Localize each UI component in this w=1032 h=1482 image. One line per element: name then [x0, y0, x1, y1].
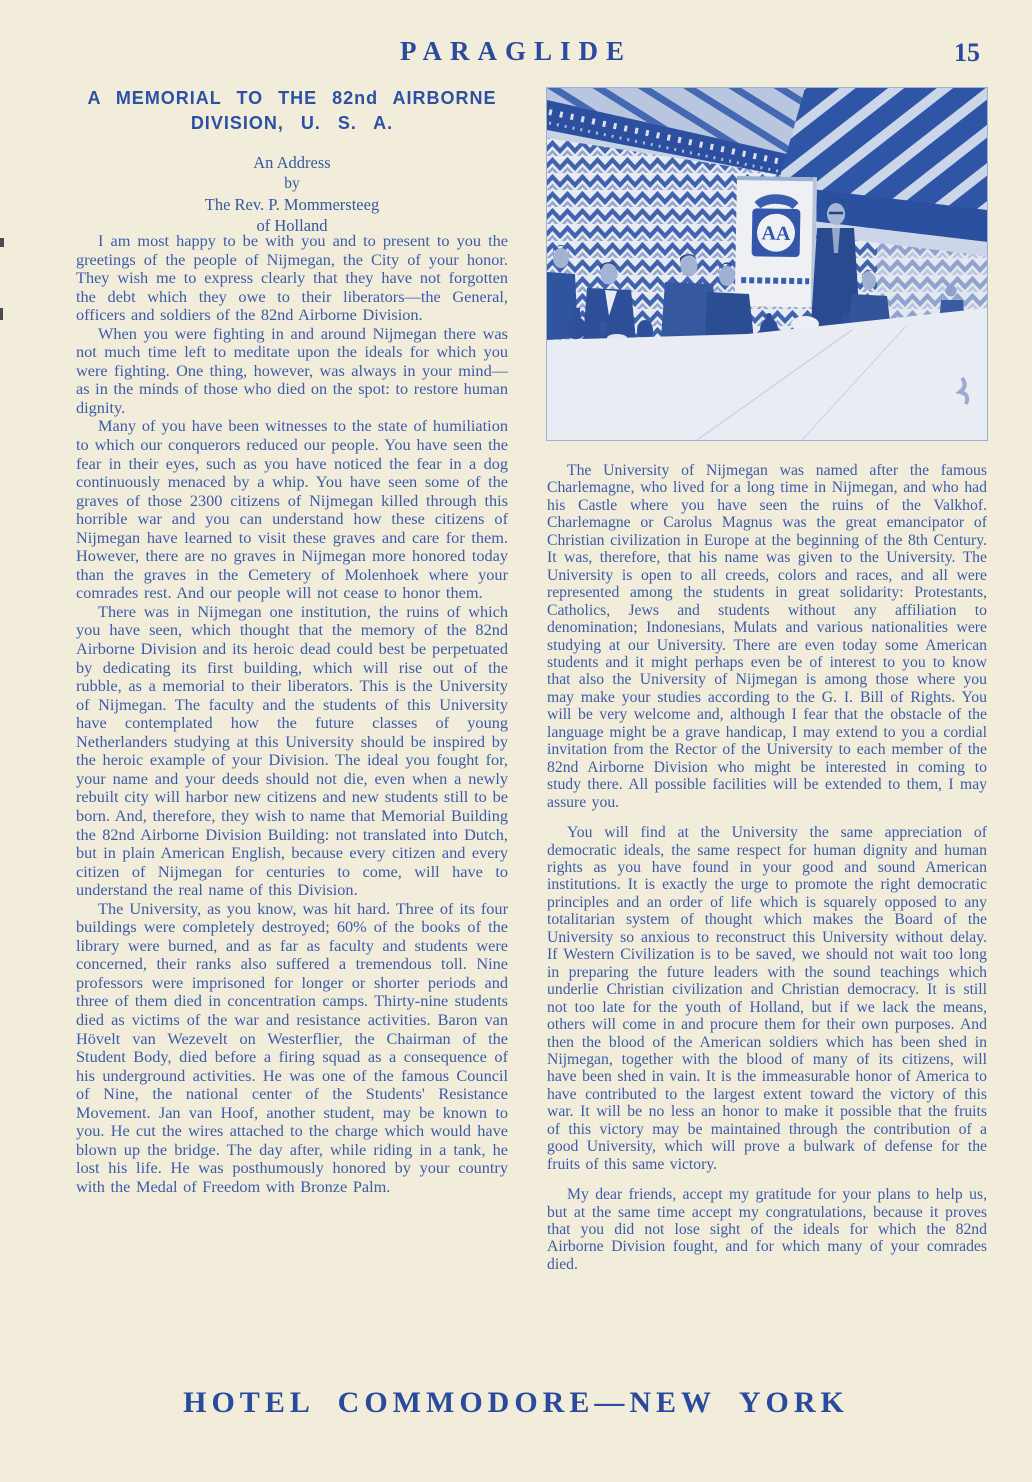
scan-artifact: [0, 238, 4, 247]
right-column: The University of Nijmegan was named aft…: [547, 462, 987, 1286]
left-column: I am most happy to be with you and to pr…: [76, 232, 508, 1196]
airborne-banner: AA: [735, 176, 817, 307]
paragraph: Many of you have been witnesses to the s…: [76, 417, 508, 602]
article-title-line1: A MEMORIAL TO THE 82nd AIRBORNE: [76, 86, 508, 111]
paragraph: My dear friends, accept my gratitude for…: [547, 1186, 987, 1273]
byline-by: by: [76, 173, 508, 194]
byline-author: The Rev. P. Mommersteeg: [76, 194, 508, 215]
paragraph: The University, as you know, was hit har…: [76, 900, 508, 1197]
paragraph: The University of Nijmegan was named aft…: [547, 462, 987, 811]
page-number: 15: [954, 38, 980, 68]
article-header: A MEMORIAL TO THE 82nd AIRBORNE DIVISION…: [76, 86, 508, 236]
masthead-title: PARAGLIDE: [0, 36, 1032, 67]
scan-artifact: [0, 308, 3, 320]
paragraph: There was in Nijmegan one institution, t…: [76, 603, 508, 900]
banquet-photo: AA: [547, 88, 987, 440]
byline-address: An Address: [76, 152, 508, 173]
hotel-banner: HOTEL COMMODORE—NEW YORK: [0, 1386, 1032, 1420]
paragraph: You will find at the University the same…: [547, 824, 987, 1173]
paragraph: I am most happy to be with you and to pr…: [76, 232, 508, 325]
banquet-photo-illustration: AA: [547, 88, 987, 440]
article-title-line2: DIVISION, U. S. A.: [76, 111, 508, 136]
magazine-page: PARAGLIDE 15 A MEMORIAL TO THE 82nd AIRB…: [0, 0, 1032, 1482]
patch-letters: AA: [761, 222, 791, 245]
paragraph: When you were fighting in and around Nij…: [76, 325, 508, 418]
banner-text-band: [741, 280, 809, 281]
